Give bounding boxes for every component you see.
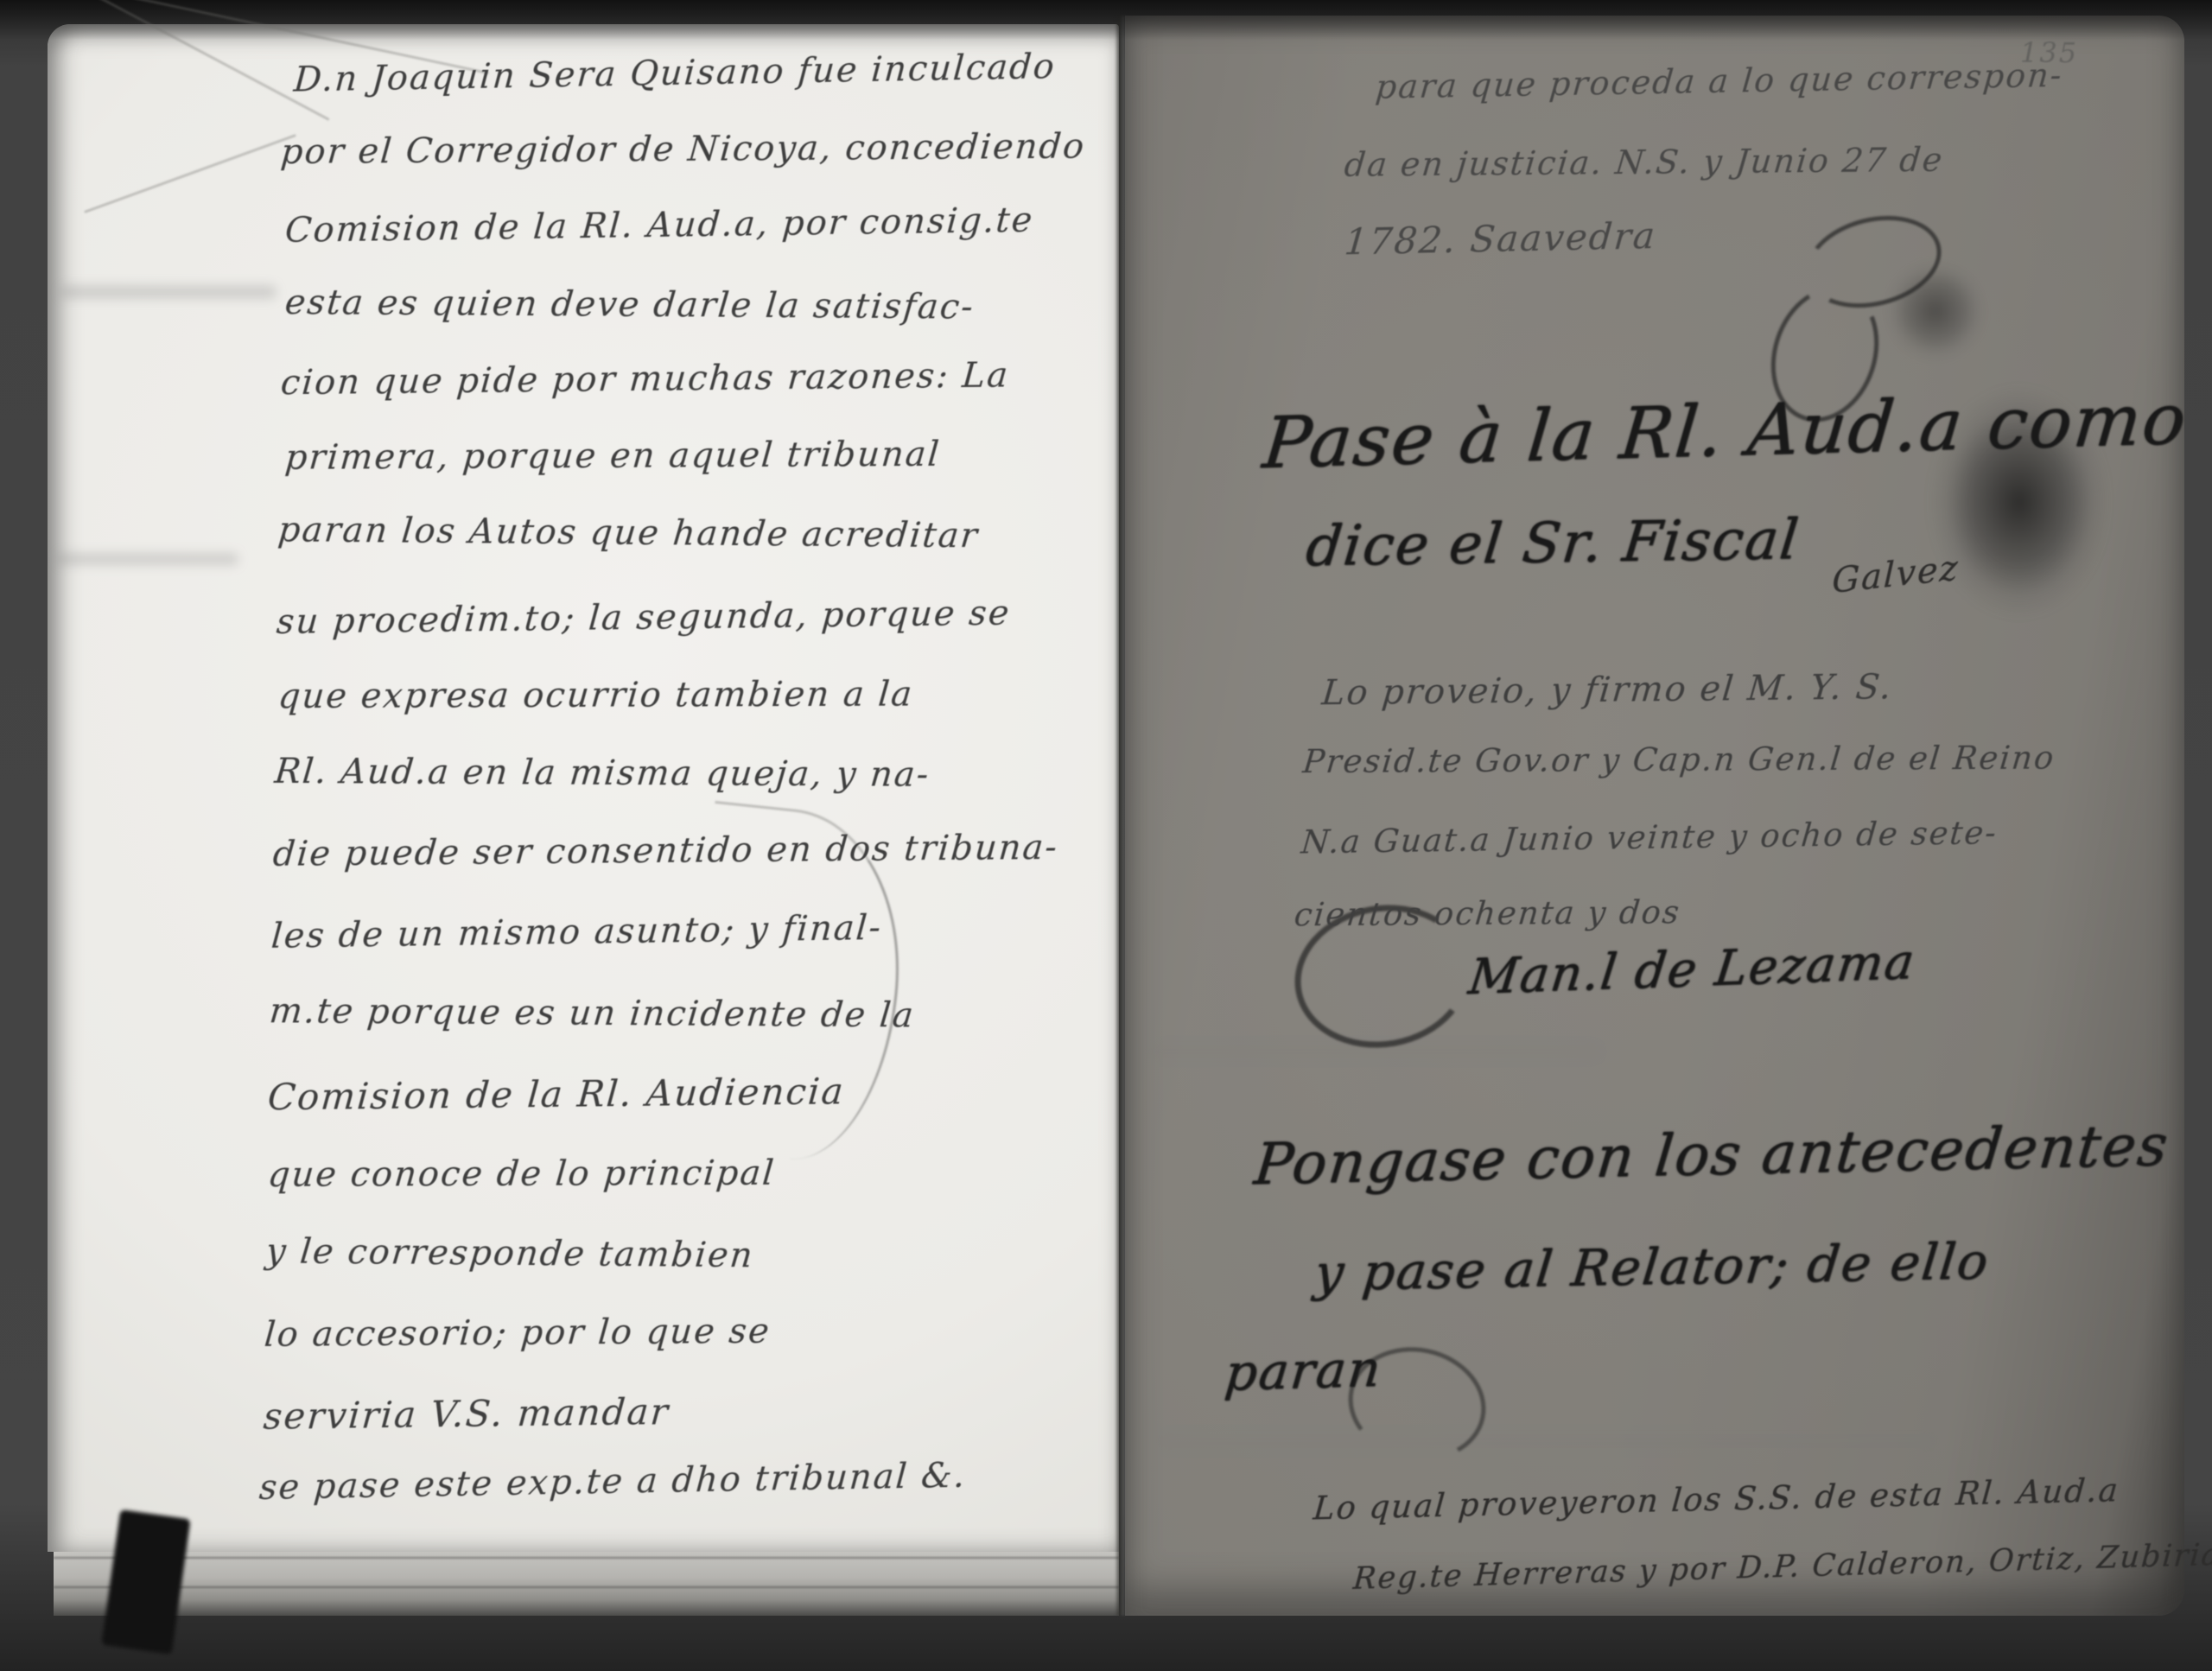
book-scan: 135 D.n Joaquin Sera Quisano fue inculca… — [0, 0, 2212, 1671]
manuscript-line: por el Corregidor de Nicoya, concediendo — [279, 127, 1087, 173]
manuscript-line: dice el Sr. Fiscal — [1303, 508, 1802, 579]
manuscript-line: die puede ser consentido en dos tribuna- — [271, 828, 1059, 874]
manuscript-line: 1782. Saavedra — [1343, 214, 1658, 264]
show-through — [57, 553, 238, 565]
page-edge-stack — [54, 1552, 1119, 1616]
manuscript-line: esta es quien deve darle la satisfac- — [283, 283, 976, 327]
manuscript-line: paran los Autos que hande acreditar — [276, 510, 981, 556]
manuscript-line: Comision de la Rl. Audiencia — [266, 1070, 846, 1118]
manuscript-line: y pase al Relator; de ello — [1312, 1231, 1992, 1302]
show-through — [1158, 1434, 1935, 1448]
manuscript-line: cientos ochenta y dos — [1293, 893, 1682, 933]
manuscript-line: paran — [1223, 1339, 1385, 1402]
show-through — [60, 285, 276, 299]
page-edge-line — [54, 1557, 1119, 1559]
manuscript-line: lo accesorio; por lo que se — [263, 1312, 772, 1355]
manuscript-line: cion que pide por muchas razones: La — [279, 356, 1011, 403]
book-gutter — [1115, 16, 1127, 1616]
page-edge-line — [54, 1586, 1119, 1588]
manuscript-line: serviria V.S. mandar — [262, 1390, 671, 1438]
manuscript-line: Rl. Aud.a en la misma queja, y na- — [273, 752, 932, 795]
manuscript-line: m.te porque es un incidente de la — [268, 991, 917, 1035]
manuscript-line: que expresa ocurrio tambien a la — [276, 675, 915, 717]
manuscript-line: y le corresponde tambien — [264, 1232, 756, 1276]
manuscript-line: que conoce de lo principal — [266, 1153, 777, 1195]
top-shadow — [0, 0, 2212, 40]
manuscript-line: Presid.te Gov.or y Cap.n Gen.l de el Rei… — [1301, 740, 2057, 781]
manuscript-line: Lo proveio, y firmo el M. Y. S. — [1320, 668, 1895, 714]
manuscript-line: primera, porque en aquel tribunal — [283, 435, 942, 478]
manuscript-line: da en justicia. N.S. y Junio 27 de — [1343, 141, 1946, 184]
